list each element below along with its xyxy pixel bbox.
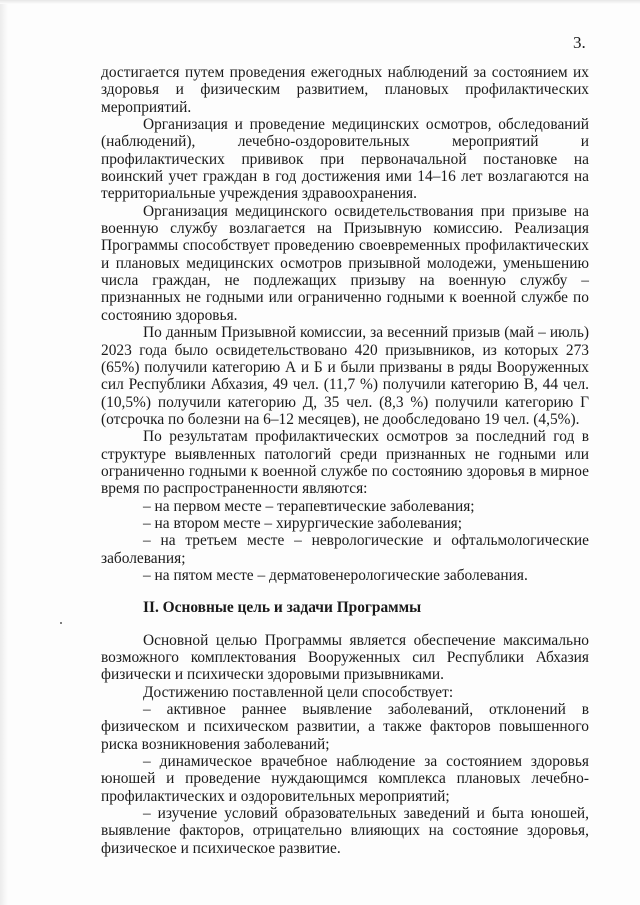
list-item-dynamic-observation: – динамическое врачебное наблюдение за с… <box>101 753 589 805</box>
paragraph-medical-exams: Организация и проведение медицинских осм… <box>101 116 589 203</box>
scan-artifact-dot <box>60 622 62 624</box>
paragraph-spring-draft-stats: По данным Призывной комиссии, за весенни… <box>101 324 589 428</box>
paragraph-continuation: достигается путем проведения ежегодных н… <box>101 64 589 116</box>
list-item-early-detection: – активное раннее выявление заболеваний,… <box>101 701 589 753</box>
list-item-first-place: – на первом месте – терапевтические забо… <box>101 498 589 515</box>
paragraph-main-goal: Основной целью Программы является обеспе… <box>101 632 589 684</box>
paragraph-pathology-structure: По результатам профилактических осмотров… <box>101 428 589 497</box>
page-number: 3. <box>573 33 586 53</box>
document-body: достигается путем проведения ежегодных н… <box>101 64 589 857</box>
spacer <box>101 617 589 632</box>
scan-top-shadow <box>0 0 640 4</box>
section-heading: II. Основные цель и задачи Программы <box>101 599 589 616</box>
list-item-second-place: – на втором месте – хирургические заболе… <box>101 515 589 532</box>
list-item-third-place: – на третьем месте – неврологические и о… <box>101 532 589 567</box>
spacer <box>101 584 589 599</box>
list-item-fifth-place: – на пятом месте – дерматовенерологическ… <box>101 567 589 584</box>
paragraph-goal-achievement: Достижению поставленной цели способствуе… <box>101 684 589 701</box>
paragraph-conscription-commission: Организация медицинского освидетельствов… <box>101 203 589 324</box>
scan-edge-shadow <box>0 0 8 905</box>
list-item-conditions-study: – изучение условий образовательных завед… <box>101 805 589 857</box>
